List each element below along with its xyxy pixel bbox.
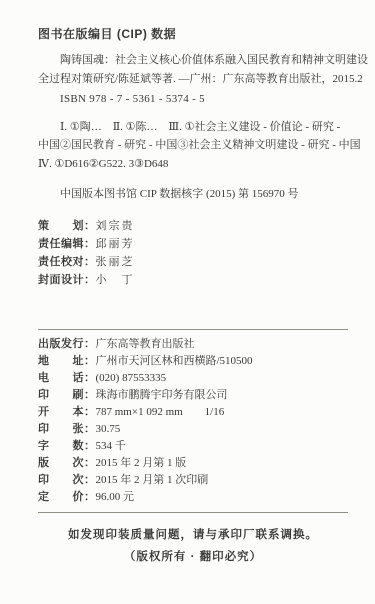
staff-value-editor: 邱丽芳: [96, 238, 135, 250]
cip-block: 图书在版编目 (CIP) 数据 陶铸国魂：社会主义核心价值体系融入国民教育和精神…: [38, 26, 348, 204]
pub-row-price: 定 价：96.00 元: [38, 489, 348, 506]
staff-label-cover-designer: 封面设计：: [38, 274, 96, 286]
pub-value-format: 787 mm×1 092 mm 1/16: [96, 406, 225, 418]
pub-row-edition: 版 次：2015 年 2 月第 1 版: [38, 455, 348, 472]
pub-value-phone: (020) 87553335: [96, 372, 167, 384]
divider-bottom: [38, 512, 348, 513]
cip-class-line-3: Ⅳ. ①D616②G522. 3③D648: [38, 155, 348, 174]
pub-label-format: 开 本：: [38, 406, 96, 418]
pub-value-printing: 2015 年 2 月第 1 次印刷: [96, 474, 209, 486]
cip-class-line-1: Ⅰ. ①陶… Ⅱ. ①陈… Ⅲ. ①社会主义建设 - 价值论 - 研究 -: [38, 118, 348, 137]
cip-class-line-2: 中国②国民教育 - 研究 - 中国③社会主义精神文明建设 - 研究 - 中国: [38, 136, 348, 155]
staff-row-editor: 责任编辑：邱丽芳: [38, 235, 348, 253]
staff-label-editor: 责任编辑：: [38, 238, 96, 250]
pub-row-publisher: 出版发行：广东高等教育出版社: [38, 336, 348, 353]
pub-value-sheets: 30.75: [96, 423, 121, 435]
cip-classification: Ⅰ. ①陶… Ⅱ. ①陈… Ⅲ. ①社会主义建设 - 价值论 - 研究 - 中国…: [38, 118, 348, 174]
quality-notice: 如发现印装质量问题，请与承印厂联系调换。: [38, 524, 348, 546]
staff-row-planner: 策 划：刘宗贵: [38, 217, 348, 235]
publishing-block: 出版发行：广东高等教育出版社 地 址：广州市天河区林和西横路/510500 电 …: [38, 336, 348, 506]
pub-label-wordcount: 字 数：: [38, 440, 96, 452]
isbn-line: ISBN 978 - 7 - 5361 - 5374 - 5: [38, 90, 348, 109]
pub-label-sheets: 印 张：: [38, 423, 96, 435]
pub-label-edition: 版 次：: [38, 457, 96, 469]
pub-label-phone: 电 话：: [38, 372, 96, 384]
staff-value-proofreader: 张丽芝: [96, 256, 135, 268]
pub-row-printing: 印 次：2015 年 2 月第 1 次印刷: [38, 472, 348, 489]
pub-label-publisher: 出版发行：: [38, 338, 96, 350]
staff-label-proofreader: 责任校对：: [38, 256, 96, 268]
copyright-page: 图书在版编目 (CIP) 数据 陶铸国魂：社会主义核心价值体系融入国民教育和精神…: [0, 0, 375, 604]
staff-block: 策 划：刘宗贵 责任编辑：邱丽芳 责任校对：张丽芝 封面设计：小 丁: [38, 217, 348, 290]
cip-entry-line-2: 全过程对策研究/陈延斌等著. —广州：广东高等教育出版社，2015.2: [38, 70, 348, 89]
pub-value-price: 96.00 元: [96, 491, 135, 503]
footer-block: 如发现印装质量问题，请与承印厂联系调换。 （版权所有 · 翻印必究）: [38, 524, 348, 568]
pub-value-wordcount: 534 千: [96, 440, 126, 452]
staff-label-planner: 策 划：: [38, 220, 96, 232]
pub-row-sheets: 印 张：30.75: [38, 421, 348, 438]
staff-row-proofreader: 责任校对：张丽芝: [38, 253, 348, 271]
pub-row-format: 开 本：787 mm×1 092 mm 1/16: [38, 404, 348, 421]
pub-label-address: 地 址：: [38, 355, 96, 367]
copyright-notice: （版权所有 · 翻印必究）: [38, 546, 348, 568]
pub-value-edition: 2015 年 2 月第 1 版: [96, 457, 187, 469]
pub-value-address: 广州市天河区林和西横路/510500: [96, 355, 253, 367]
pub-label-price: 定 价：: [38, 491, 96, 503]
divider-top: [38, 329, 348, 330]
staff-row-cover-designer: 封面设计：小 丁: [38, 271, 348, 289]
pub-value-publisher: 广东高等教育出版社: [96, 338, 195, 350]
pub-row-printer: 印 刷：珠海市鹏腾宇印务有限公司: [38, 387, 348, 404]
cip-entry-line-1: 陶铸国魂：社会主义核心价值体系融入国民教育和精神文明建设: [38, 51, 348, 70]
cip-heading: 图书在版编目 (CIP) 数据: [38, 26, 348, 42]
pub-row-wordcount: 字 数：534 千: [38, 438, 348, 455]
pub-value-printer: 珠海市鹏腾宇印务有限公司: [96, 389, 228, 401]
pub-label-printing: 印 次：: [38, 474, 96, 486]
staff-value-planner: 刘宗贵: [96, 220, 135, 232]
pub-row-phone: 电 话：(020) 87553335: [38, 370, 348, 387]
cip-record-number: 中国版本图书馆 CIP 数据核字 (2015) 第 156970 号: [38, 185, 348, 204]
pub-label-printer: 印 刷：: [38, 389, 96, 401]
pub-row-address: 地 址：广州市天河区林和西横路/510500: [38, 353, 348, 370]
staff-value-cover-designer: 小 丁: [96, 274, 135, 286]
